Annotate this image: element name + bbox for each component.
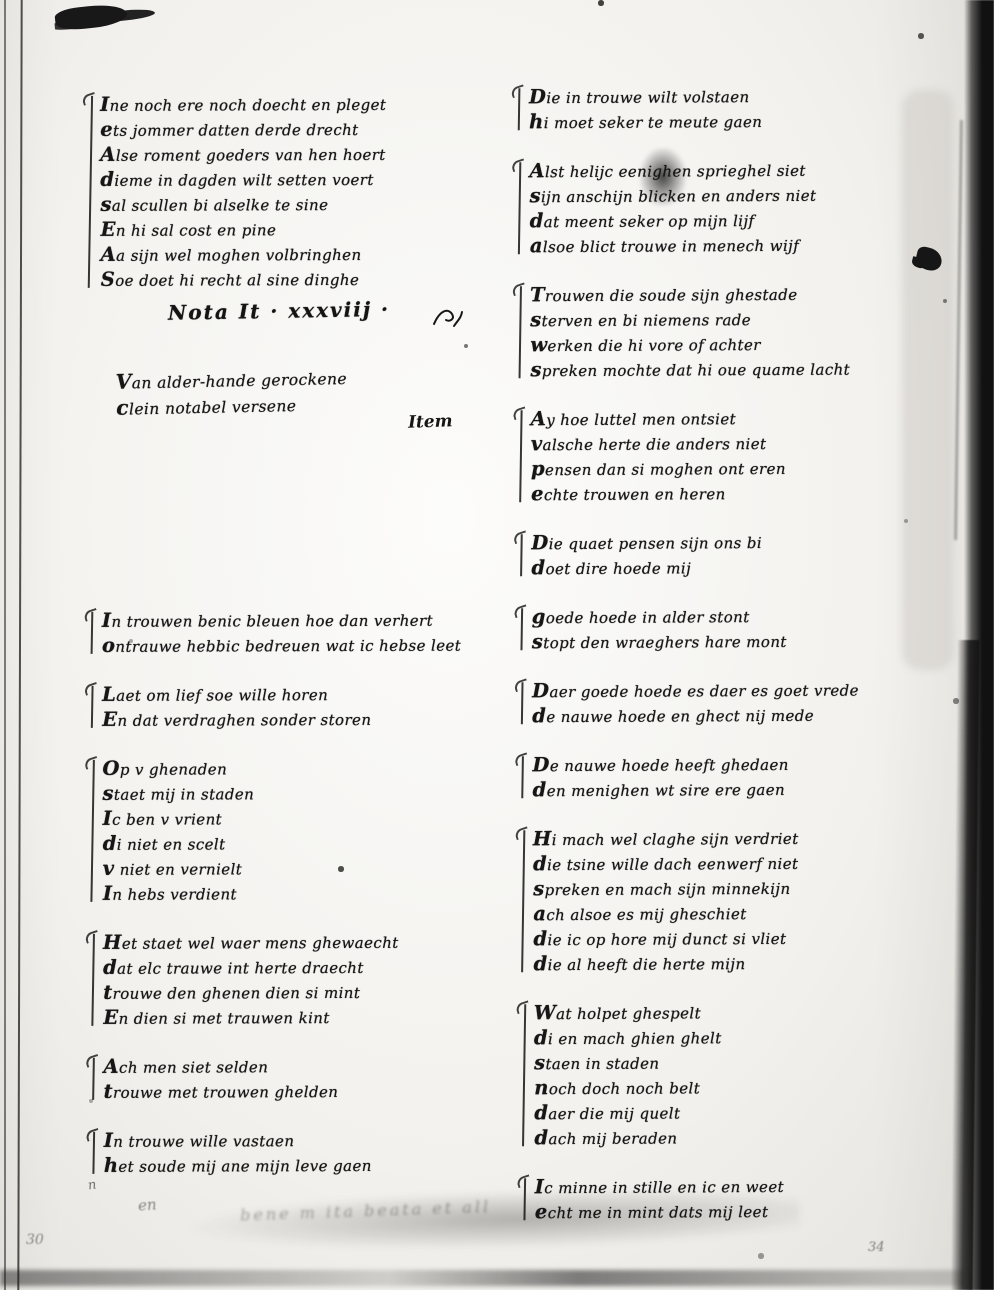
verse-block: Die in trouwe wilt volstaenhi moet seker… <box>529 83 987 135</box>
verse-line: Wat holpet ghespelt <box>534 999 992 1026</box>
verse-line: hi moet seker te meute gaen <box>529 108 987 135</box>
verse-line: Soe doet hi recht al sine dinghe <box>101 266 571 293</box>
verse-line: In hebs verdient <box>103 880 573 907</box>
verse-block: In trouwen benic bleuen hoe dan verherto… <box>102 607 572 659</box>
verse-line: Die in trouwe wilt volstaen <box>529 83 987 110</box>
verse-line: stopt den wraeghers hare mont <box>532 628 990 655</box>
verse-block: Hi mach wel claghe sijn verdrietdie tsin… <box>533 825 992 977</box>
verse-line: ontrauwe hebbic bedreuen wat ic hebse le… <box>102 632 572 659</box>
verse-line: het soude mij ane mijn leve gaen <box>104 1152 574 1179</box>
verse-line: noch doch noch belt <box>534 1074 992 1101</box>
manuscript-photo: Nota It · xxxviij · Van alder-hande gero… <box>0 0 994 1290</box>
bottom-edge-smudge-band <box>0 1270 965 1286</box>
verse-line: Hi mach wel claghe sijn verdriet <box>533 825 991 852</box>
verse-line: In trouwen benic bleuen hoe dan verhert <box>102 607 572 634</box>
verse-line: doet dire hoede mij <box>531 554 989 581</box>
verse-block: Alst helijc eenighen sprieghel sietsijn … <box>529 157 988 259</box>
verse-block: Laet om lief soe wille horenEn dat verdr… <box>102 681 572 733</box>
verse-block: Ay hoe luttel men ontsietvalsche herte d… <box>531 405 990 507</box>
verse-line: die tsine wille dach eenwerf niet <box>533 850 991 877</box>
verse-line: En hi sal cost en pine <box>101 216 571 243</box>
verse-line: Alse roment goeders van hen hoert <box>100 141 570 168</box>
marginal-scribble-en: en <box>137 1195 157 1214</box>
verse-line: daer die mij quelt <box>534 1099 992 1126</box>
verse-block: Op v ghenadenstaet mij in stadenIc ben v… <box>102 755 573 907</box>
verse-line: staen in staden <box>534 1049 992 1076</box>
verse-line: Het staet wel waer mens ghewaecht <box>103 929 573 956</box>
verse-line: di niet en scelt <box>103 830 573 857</box>
verse-line: trouwe den ghenen dien si mint <box>103 979 573 1006</box>
verse-line: pensen dan si moghen ont eren <box>531 455 989 482</box>
verse-line: In trouwe wille vastaen <box>104 1127 574 1154</box>
verse-line: echte trouwen en heren <box>531 480 989 507</box>
verse-line: Ine noch ere noch doecht en pleget <box>100 91 570 118</box>
verse-block: Het staet wel waer mens ghewaechtdat elc… <box>103 929 573 1031</box>
verse-line: die ic op hore mij dunct si vliet <box>533 925 991 952</box>
verse-line: dieme in dagden wilt setten voert <box>100 166 570 193</box>
verse-line: spreken en mach sijn minnekijn <box>533 875 991 902</box>
folio-number-right: 34 <box>868 1240 885 1255</box>
verse-line: Alst helijc eenighen sprieghel siet <box>529 157 987 184</box>
verse-block: Ine noch ere noch doecht en plegetets jo… <box>100 91 571 293</box>
verse-block: Wat holpet ghespeltdi en mach ghien ghel… <box>534 999 993 1151</box>
verse-line: Die quaet pensen sijn ons bi <box>531 529 989 556</box>
verse-line: ach alsoe es mij gheschiet <box>533 900 991 927</box>
verse-line: dat elc trauwe int herte draecht <box>103 954 573 981</box>
verse-line: Daer goede hoede es daer es goet vrede <box>532 677 990 704</box>
verse-line: dat meent seker op mijn lijf <box>530 207 988 234</box>
verse-line: werken die hi vore of achter <box>530 331 988 358</box>
verse-line: Ic ben v vrient <box>103 805 573 832</box>
verse-block: Daer goede hoede es daer es goet vredede… <box>532 677 990 729</box>
column-right: Die in trouwe wilt volstaenhi moet seker… <box>529 83 993 1249</box>
verse-line: di en mach ghien ghelt <box>534 1024 992 1051</box>
verse-line: den menighen wt sire ere gaen <box>533 776 991 803</box>
verse-line: De nauwe hoede heeft ghedaen <box>532 751 990 778</box>
verse-line: alsoe blict trouwe in menech wijf <box>530 232 988 259</box>
dirt-speckles <box>0 0 2 2</box>
verse-line: dach mij beraden <box>534 1124 992 1151</box>
verse-line: Laet om lief soe wille horen <box>102 681 572 708</box>
verse-line: Ay hoe luttel men ontsiet <box>531 405 989 432</box>
verse-line: v niet en vernielt <box>103 855 573 882</box>
column-left: Ine noch ere noch doecht en plegetets jo… <box>100 91 574 1203</box>
verse-block: De nauwe hoede heeft ghedaenden menighen… <box>532 751 990 803</box>
verse-line: die al heeft die herte mijn <box>533 950 991 977</box>
verse-block: Trouwen die soude sijn ghestadesterven e… <box>530 281 989 383</box>
verse-line: Trouwen die soude sijn ghestade <box>530 281 988 308</box>
verse-block: Die quaet pensen sijn ons bidoet dire ho… <box>531 529 989 581</box>
verse-line: En dien si met trauwen kint <box>103 1004 573 1031</box>
verse-block: goede hoede in alder stontstopt den wrae… <box>532 603 990 655</box>
verse-line: Aa sijn wel moghen volbringhen <box>101 241 571 268</box>
verse-line: trouwe met trouwen ghelden <box>104 1078 574 1105</box>
page-edge-line-outer <box>4 0 6 1290</box>
verse-line: goede hoede in alder stont <box>532 603 990 630</box>
verse-line: ets jommer datten derde drecht <box>100 116 570 143</box>
verse-line: staet mij in staden <box>102 780 572 807</box>
verse-line: Ach men siet selden <box>103 1053 573 1080</box>
verse-block: Ach men siet seldentrouwe met trouwen gh… <box>103 1053 573 1105</box>
verse-block: In trouwe wille vastaenhet soude mij ane… <box>104 1127 574 1179</box>
folio-number-left: 30 <box>26 1232 44 1248</box>
verse-line: Op v ghenaden <box>102 755 572 782</box>
verse-line: sal scullen bi alselke te sine <box>100 191 570 218</box>
verse-line: sijn anschijn blicken en anders niet <box>529 182 987 209</box>
verse-line: valsche herte die anders niet <box>531 430 989 457</box>
verse-line: En dat verdraghen sonder storen <box>102 706 572 733</box>
verse-line: spreken mochte dat hi oue quame lacht <box>530 356 988 383</box>
verse-line: sterven en bi niemens rade <box>530 306 988 333</box>
verse-line: de nauwe hoede en ghect nij mede <box>532 702 990 729</box>
